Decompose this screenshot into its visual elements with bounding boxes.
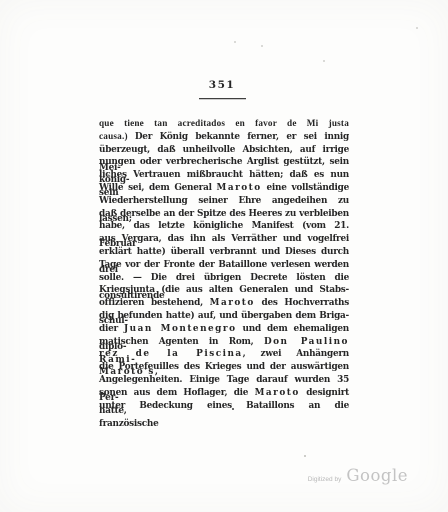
scan-speck xyxy=(323,60,325,62)
ink-dot xyxy=(232,408,234,410)
text-line: unter Bedeckung eines Bataillons an die … xyxy=(99,395,349,408)
scanned-book-page: 351 que tiene tan acreditados en favor d… xyxy=(0,0,448,512)
text-line: Angelegenheiten. Einige Tage darauf wurd… xyxy=(99,369,349,382)
fraktur-text-segment: unter Bedeckung eines Bataillons an die … xyxy=(99,401,349,429)
text-line: erklärt hatte) überall verbrannt und Die… xyxy=(99,241,349,254)
text-line: daß derselbe an der Spitze des Heeres zu… xyxy=(99,203,349,216)
text-line: habe, das letzte königliche Manifest (vo… xyxy=(99,215,349,228)
scan-speck xyxy=(261,45,263,47)
text-line: matischen Agenten in Rom, Don Paulino Ra… xyxy=(99,331,349,344)
text-line: Tage vor der Fronte der Bataillone verle… xyxy=(99,254,349,267)
text-line: sonen aus dem Hoflager, die Maroto desig… xyxy=(99,382,349,395)
watermark: Digitized by Google xyxy=(308,466,408,485)
text-line: überzeugt, daß unheilvolle Absichten, au… xyxy=(99,139,349,152)
text-line: solle. — Die drei übrigen Decrete lösten… xyxy=(99,267,349,280)
text-line: nungen oder verbrecherische Arglist gest… xyxy=(99,151,349,164)
text-line: die Portefeuilles des Krieges und der au… xyxy=(99,356,349,369)
scan-speck xyxy=(304,455,306,457)
digitized-by-label: Digitized by xyxy=(308,476,342,483)
text-line: causa.) Der König bekannte ferner, er se… xyxy=(99,126,349,139)
text-line: Kriegsjunta (die aus alten Generalen und… xyxy=(99,279,349,292)
text-line: liches Vertrauen mißbraucht hätten; daß … xyxy=(99,164,349,177)
text-line: aus Vergara, das ihn als Verräther und v… xyxy=(99,228,349,241)
text-line: offizieren bestehend, Maroto des Hochver… xyxy=(99,292,349,305)
text-line: dier Juan Montenegro und dem ehemaligen … xyxy=(99,318,349,331)
scan-speck xyxy=(416,27,418,29)
text-line: Wiederherstellung seiner Ehre angedeihen… xyxy=(99,190,349,203)
text-line: que tiene tan acreditados en favor de Mi… xyxy=(99,113,349,126)
page-number-rule xyxy=(199,98,246,99)
text-line: dig befunden hatte) auf, und übergaben d… xyxy=(99,305,349,318)
google-logo: Google xyxy=(346,466,408,485)
page-number: 351 xyxy=(0,79,448,91)
page-text: que tiene tan acreditados en favor de Mi… xyxy=(99,113,349,407)
text-line: Wille sei, dem General Maroto eine volls… xyxy=(99,177,349,190)
text-line: rez de la Piscina, zwei Anhängern Maroto… xyxy=(99,343,349,356)
scan-speck xyxy=(234,41,236,43)
